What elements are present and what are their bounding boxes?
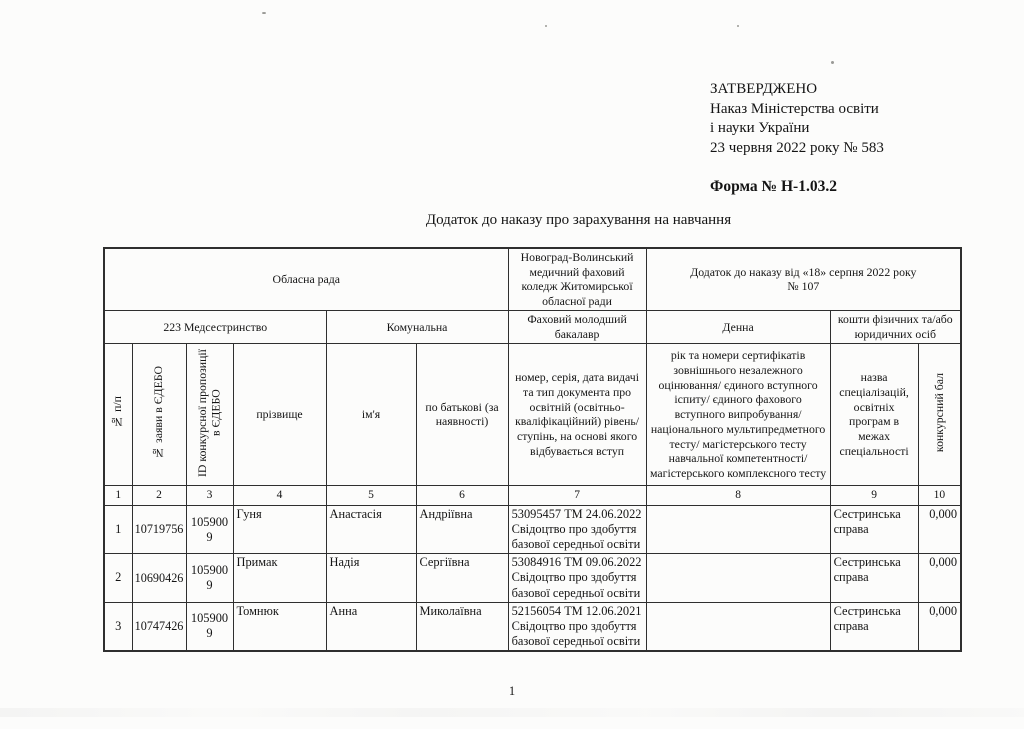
cell-first-name: Надія — [326, 554, 416, 602]
col-number: 6 — [416, 485, 508, 505]
cell-offer-id: 1059009 — [186, 505, 233, 553]
approval-block: ЗАТВЕРДЖЕНО Наказ Міністерства освіти і … — [710, 80, 884, 158]
cell-last-name: Примак — [233, 554, 326, 602]
col-number: 9 — [830, 485, 918, 505]
approved-label: ЗАТВЕРДЖЕНО — [710, 80, 884, 100]
funding-cell: кошти фізичних та/або юридичних осіб — [830, 310, 961, 343]
meta-row-1: Обласна рада Новоград-Волинський медични… — [104, 248, 961, 310]
column-header-row: № п/п № заяви в ЄДЕБО ID конкурсної проп… — [104, 343, 961, 485]
col-number: 7 — [508, 485, 646, 505]
cell-offer-id: 1059009 — [186, 554, 233, 602]
cell-certificates — [646, 554, 830, 602]
col-header-last-name: прізвище — [233, 343, 326, 485]
cell-first-name: Анна — [326, 602, 416, 651]
cell-patronymic: Миколаївна — [416, 602, 508, 651]
document-title: Додаток до наказу про зарахування на нав… — [150, 212, 1007, 229]
cell-application-id: 10747426 — [132, 602, 186, 651]
col-number: 4 — [233, 485, 326, 505]
cell-offer-id: 1059009 — [186, 602, 233, 651]
cell-last-name: Гуня — [233, 505, 326, 553]
cell-certificates — [646, 602, 830, 651]
col-header-score: конкурсний бал — [918, 343, 961, 485]
form-number-label: Форма № Н-1.03.2 — [710, 178, 837, 196]
cell-patronymic: Андріївна — [416, 505, 508, 553]
col-header-offer-id: ID конкурсної пропозиції в ЄДЕБО — [186, 343, 233, 485]
cell-document: 52156054 ТМ 12.06.2021 Свідоцтво про здо… — [508, 602, 646, 651]
enrollment-table: Обласна рада Новоград-Волинський медични… — [103, 247, 962, 652]
approval-line: Наказ Міністерства освіти — [710, 100, 884, 120]
col-header-first-name: ім'я — [326, 343, 416, 485]
degree-cell: Фаховий молодший бакалавр — [508, 310, 646, 343]
col-header-specialization: назва спеціалізацій, освітніх програм в … — [830, 343, 918, 485]
cell-first-name: Анастасія — [326, 505, 416, 553]
scan-speck — [831, 61, 834, 64]
cell-seq: 1 — [104, 505, 132, 553]
founder-cell: Обласна рада — [104, 248, 508, 310]
col-number: 2 — [132, 485, 186, 505]
applicant-row: 1 10719756 1059009 Гуня Анастасія Андрії… — [104, 505, 961, 553]
col-number: 8 — [646, 485, 830, 505]
cell-certificates — [646, 505, 830, 553]
order-ref-line2: № 107 — [650, 279, 958, 294]
col-header-application-id: № заяви в ЄДЕБО — [132, 343, 186, 485]
ownership-cell: Комунальна — [326, 310, 508, 343]
page-number: 1 — [0, 684, 1024, 699]
approval-line: і науки України — [710, 119, 884, 139]
approval-line: 23 червня 2022 року № 583 — [710, 139, 884, 159]
institution-cell: Новоград-Волинський медичний фаховий кол… — [508, 248, 646, 310]
scan-speck — [262, 12, 266, 14]
specialty-cell: 223 Медсестринство — [104, 310, 326, 343]
col-number: 10 — [918, 485, 961, 505]
scan-speck — [737, 25, 739, 27]
col-header-patronymic: по батькові (за наявності) — [416, 343, 508, 485]
column-number-row: 1 2 3 4 5 6 7 8 9 10 — [104, 485, 961, 505]
col-number: 3 — [186, 485, 233, 505]
col-header-seq: № п/п — [104, 343, 132, 485]
col-header-certificates: рік та номери сертифікатів зовнішнього н… — [646, 343, 830, 485]
scan-noise-band — [0, 708, 1024, 717]
col-number: 1 — [104, 485, 132, 505]
cell-specialization: Сестринська справа — [830, 505, 918, 553]
cell-application-id: 10690426 — [132, 554, 186, 602]
cell-patronymic: Сергіївна — [416, 554, 508, 602]
scanned-document-page: ЗАТВЕРДЖЕНО Наказ Міністерства освіти і … — [0, 0, 1024, 729]
cell-seq: 2 — [104, 554, 132, 602]
col-header-document: номер, серія, дата видачі та тип докумен… — [508, 343, 646, 485]
order-ref-line1: Додаток до наказу від «18» серпня 2022 р… — [650, 265, 958, 280]
col-number: 5 — [326, 485, 416, 505]
applicant-row: 2 10690426 1059009 Примак Надія Сергіївн… — [104, 554, 961, 602]
study-form-cell: Денна — [646, 310, 830, 343]
meta-row-2: 223 Медсестринство Комунальна Фаховий мо… — [104, 310, 961, 343]
cell-document: 53084916 ТМ 09.06.2022 Свідоцтво про здо… — [508, 554, 646, 602]
cell-application-id: 10719756 — [132, 505, 186, 553]
order-ref-cell: Додаток до наказу від «18» серпня 2022 р… — [646, 248, 961, 310]
scan-speck — [545, 25, 547, 27]
applicant-row: 3 10747426 1059009 Томнюк Анна Миколаївн… — [104, 602, 961, 651]
cell-score: 0,000 — [918, 602, 961, 651]
cell-score: 0,000 — [918, 554, 961, 602]
cell-score: 0,000 — [918, 505, 961, 553]
cell-document: 53095457 ТМ 24.06.2022 Свідоцтво про здо… — [508, 505, 646, 553]
cell-specialization: Сестринська справа — [830, 554, 918, 602]
cell-last-name: Томнюк — [233, 602, 326, 651]
cell-seq: 3 — [104, 602, 132, 651]
cell-specialization: Сестринська справа — [830, 602, 918, 651]
